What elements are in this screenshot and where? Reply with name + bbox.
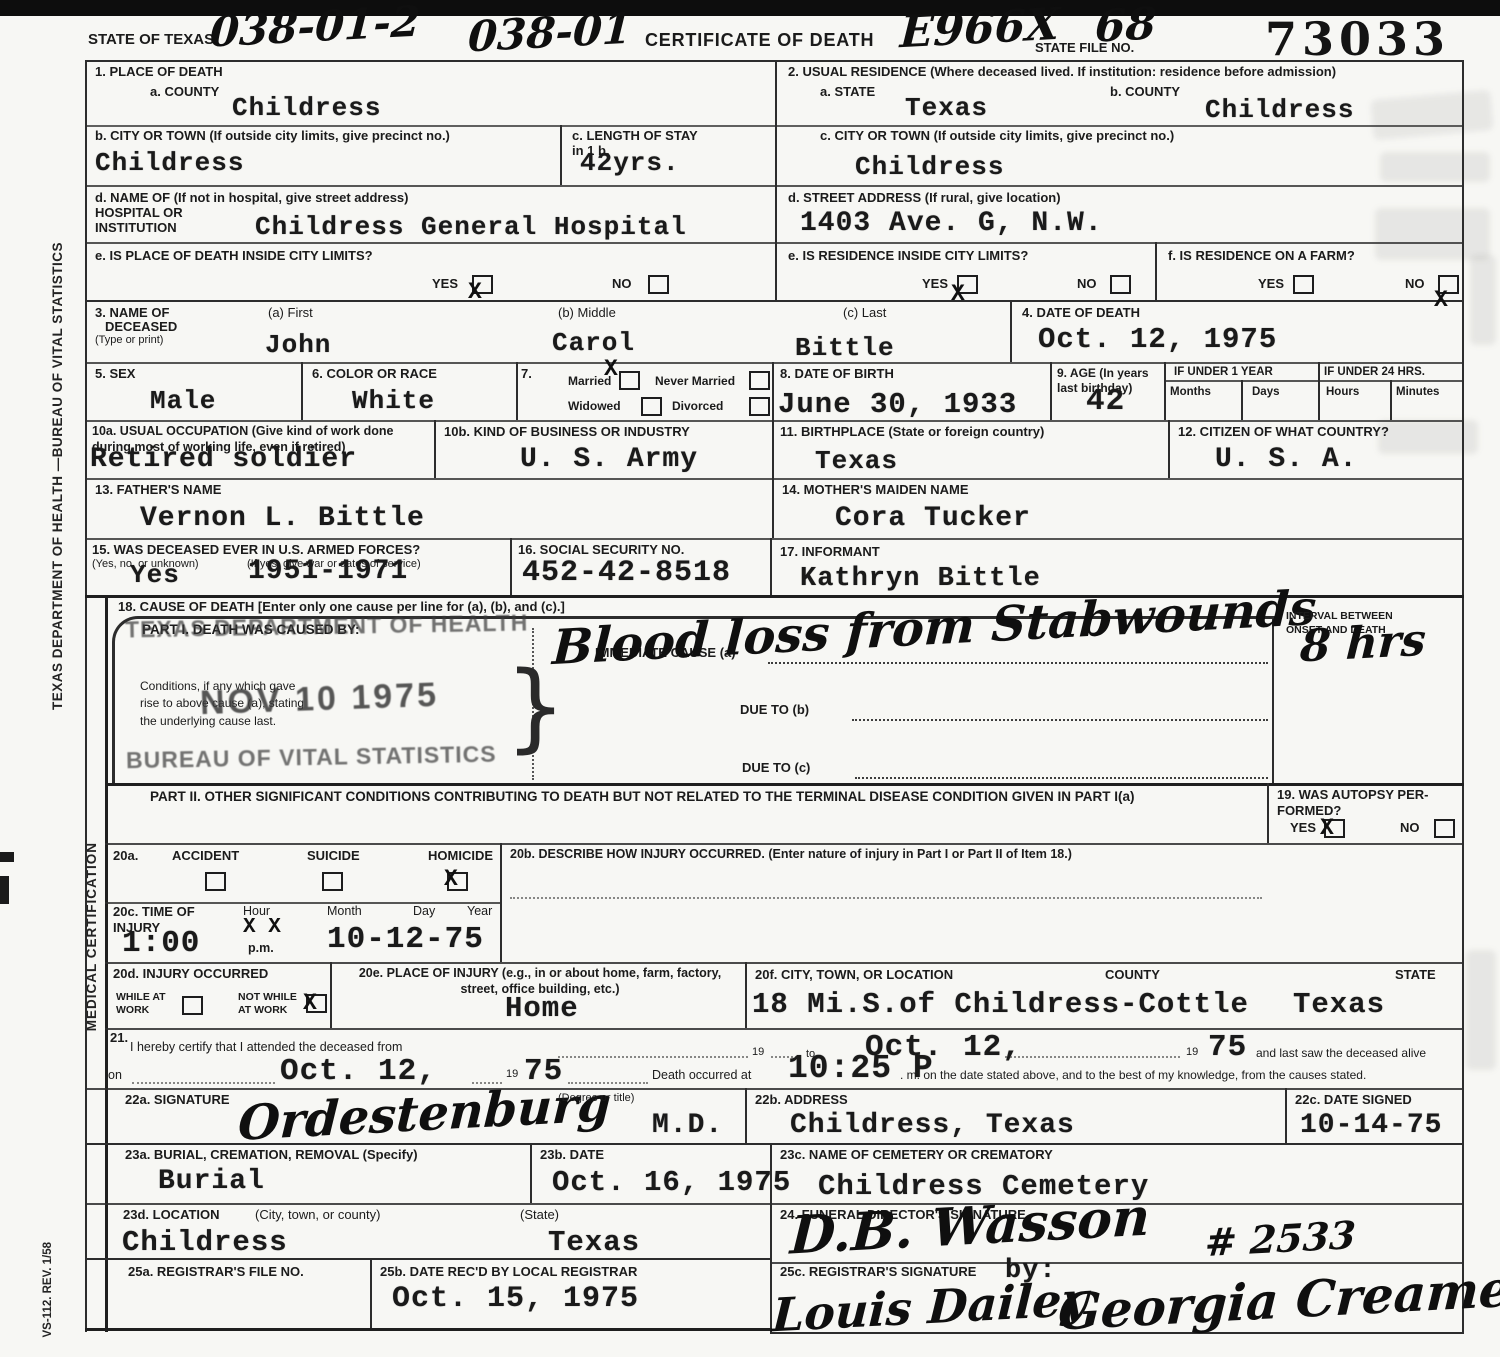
homicide-x-mark: X — [444, 866, 458, 892]
field-22b-label: 22b. ADDRESS — [755, 1092, 848, 1108]
grid-line — [1272, 616, 1274, 783]
hours-label: Hours — [1326, 385, 1359, 399]
bleed-through-artifact — [1370, 90, 1493, 140]
certificate-number-stamp: 73033 — [1265, 12, 1450, 66]
grid-line — [772, 420, 774, 478]
field-1c-label: c. LENGTH OF STAY — [572, 128, 698, 144]
field-8-label: 8. DATE OF BIRTH — [780, 366, 894, 382]
field-2f-no-x-mark: X — [1434, 287, 1448, 313]
field-3-label-3: (Type or print) — [95, 334, 163, 348]
grid-line — [1318, 362, 1320, 420]
burial-date-value: Oct. 16, 1975 — [552, 1166, 791, 1199]
grid-line — [85, 300, 1462, 302]
field-3b-value: Carol — [552, 328, 635, 358]
state-of-texas-label: STATE OF TEXAS — [88, 31, 214, 50]
injury-state-value: Texas — [1293, 988, 1385, 1021]
field-3a-label: (a) First — [268, 305, 313, 321]
field-14-value: Cora Tucker — [835, 503, 1031, 534]
field-23c-label: 23c. NAME OF CEMETERY OR CREMATORY — [780, 1147, 1053, 1163]
grid-line — [1164, 380, 1462, 382]
grid-line — [85, 1203, 1462, 1205]
grid-line — [530, 1143, 532, 1203]
field-25a-label: 25a. REGISTRAR'S FILE NO. — [128, 1264, 304, 1280]
grid-line — [500, 843, 502, 962]
field-2-label: 2. USUAL RESIDENCE (Where deceased lived… — [788, 64, 1336, 80]
field-2e-yes-label: YES — [922, 276, 948, 292]
grid-line — [301, 362, 303, 420]
grid-line — [85, 1258, 772, 1260]
grid-line — [85, 185, 1462, 187]
grid-line — [105, 843, 1464, 845]
field-5-value: Male — [150, 386, 216, 416]
field-20d-label: 20d. INJURY OCCURRED — [113, 966, 268, 982]
grid-line — [1168, 420, 1170, 478]
grid-line — [560, 125, 562, 185]
day-label: Day — [413, 904, 435, 920]
burial-state-value: Texas — [548, 1226, 640, 1259]
brace-glyph: } — [505, 664, 566, 750]
grid-line — [105, 1028, 1464, 1030]
field-7-divorced-checkbox — [749, 397, 770, 416]
grid-line — [85, 125, 1462, 127]
field-1a-value: Childress — [232, 93, 381, 123]
grid-line — [516, 362, 518, 420]
field-20f-label: 20f. CITY, TOWN, OR LOCATION — [755, 967, 953, 983]
scan-artifact — [0, 852, 14, 862]
field-10a-value: Retired soldier — [90, 444, 357, 475]
grid-line — [85, 60, 87, 1332]
degree-value: M.D. — [652, 1110, 723, 1141]
field-8-value: June 30, 1933 — [778, 388, 1017, 421]
field-22c-label: 22c. DATE SIGNED — [1295, 1092, 1412, 1108]
field-12-value: U. S. A. — [1215, 444, 1357, 475]
field-23b-label: 23b. DATE — [540, 1147, 604, 1163]
field-7-widowed-label: Widowed — [568, 399, 621, 414]
due-to-b-label: DUE TO (b) — [740, 702, 809, 718]
funeral-director-number-handwriting: # 2533 — [1204, 1212, 1357, 1265]
date-signed-value: 10-14-75 — [1300, 1110, 1442, 1141]
days-label: Days — [1252, 385, 1280, 399]
grid-line — [1010, 300, 1012, 362]
field-1d-label-2: HOSPITAL OR — [95, 205, 183, 221]
county-label: COUNTY — [1105, 967, 1160, 983]
fill-line — [1005, 1056, 1180, 1058]
grid-line — [1285, 1088, 1287, 1143]
date-received-value: Oct. 15, 1975 — [392, 1282, 639, 1316]
grid-line — [770, 1203, 772, 1265]
field-13-label: 13. FATHER'S NAME — [95, 482, 221, 498]
field-6-value: White — [352, 386, 435, 416]
field-20a-label: 20a. — [113, 848, 138, 864]
field-19-label: 19. WAS AUTOPSY PER- FORMED? — [1277, 787, 1442, 820]
field-2f-no-label: NO — [1405, 276, 1425, 292]
scan-artifact — [0, 876, 9, 904]
year-prefix-3: 19 — [506, 1068, 518, 1082]
certify-text-3: . m. on the date stated above, and to th… — [900, 1068, 1366, 1083]
certify-text-2: and last saw the deceased alive — [1256, 1046, 1426, 1061]
field-10b-label: 10b. KIND OF BUSINESS OR INDUSTRY — [444, 424, 690, 440]
field-2f-label: f. IS RESIDENCE ON A FARM? — [1168, 248, 1355, 264]
suicide-checkbox — [322, 872, 343, 891]
part2-label: PART II. OTHER SIGNIFICANT CONDITIONS CO… — [150, 789, 1135, 806]
handwritten-district-number-2: 038-01 — [467, 4, 633, 62]
field-1b-label: b. CITY OR TOWN (If outside city limits,… — [95, 128, 450, 144]
not-while-at-work-x-mark: X — [303, 990, 317, 1016]
field-9-value: 42 — [1086, 384, 1125, 419]
grid-line — [775, 60, 777, 300]
field-3a-value: John — [265, 330, 331, 360]
interval-value-handwriting: 8 hrs — [1299, 615, 1427, 673]
grid-line — [1164, 362, 1166, 420]
grid-line — [745, 962, 747, 1028]
burial-location-value: Childress — [122, 1226, 288, 1259]
grid-line — [1155, 242, 1157, 300]
field-2e-no-checkbox — [1110, 275, 1131, 294]
field-15-value1: Yes — [130, 560, 180, 590]
field-2c-value: Childress — [855, 152, 1004, 182]
field-19-yes-label: YES — [1290, 820, 1316, 836]
field-2d-label: d. STREET ADDRESS (If rural, give locati… — [788, 190, 1061, 206]
grid-line — [1267, 783, 1269, 843]
grid-line — [85, 1143, 1462, 1145]
grid-line — [772, 362, 774, 420]
grid-line — [85, 242, 1462, 244]
field-7-widowed-checkbox — [641, 397, 662, 416]
accident-checkbox — [205, 872, 226, 891]
suicide-label: SUICIDE — [307, 848, 360, 864]
field-3c-label: (c) Last — [843, 305, 886, 321]
pm-label: p.m. — [248, 941, 274, 957]
field-1c-value: 42yrs. — [580, 148, 680, 178]
field-2e-label: e. IS RESIDENCE INSIDE CITY LIMITS? — [788, 248, 1028, 264]
field-1e-yes-x-mark: X — [468, 279, 482, 305]
field-1e-label: e. IS PLACE OF DEATH INSIDE CITY LIMITS? — [95, 248, 373, 264]
due-to-c-label: DUE TO (c) — [742, 760, 810, 776]
field-11-label: 11. BIRTHPLACE (State or foreign country… — [780, 424, 1044, 440]
place-of-injury-value: Home — [505, 992, 579, 1025]
death-certificate-scan: TEXAS DEPARTMENT OF HEALTH —BUREAU OF VI… — [0, 0, 1500, 1357]
field-6-label: 6. COLOR OR RACE — [312, 366, 437, 382]
time-of-injury-value: 1:00 — [122, 926, 200, 961]
margin-department-label: TEXAS DEPARTMENT OF HEALTH —BUREAU OF VI… — [50, 242, 65, 710]
grid-line — [370, 1258, 372, 1330]
if-under-24-hrs-label: IF UNDER 24 HRS. — [1324, 365, 1425, 379]
field-2b-value: Childress — [1205, 95, 1354, 125]
field-7-never-married-label: Never Married — [655, 374, 735, 389]
fill-line — [852, 719, 1268, 721]
months-label: Months — [1170, 385, 1211, 399]
field-15-value2: 1951-1971 — [248, 556, 408, 587]
homicide-label: HOMICIDE — [428, 848, 493, 864]
date-of-injury-value: 10-12-75 — [327, 922, 484, 957]
grid-line — [105, 783, 1464, 786]
field-23d-label: 23d. LOCATION — [123, 1207, 220, 1223]
field-16-value: 452-42-8518 — [522, 556, 731, 590]
handwritten-file-number: 68 — [1094, 0, 1158, 53]
on-label: on — [108, 1068, 122, 1084]
bleed-through-artifact — [1375, 208, 1490, 260]
field-22a-label: 22a. SIGNATURE — [125, 1092, 230, 1108]
field-14-label: 14. MOTHER'S MAIDEN NAME — [782, 482, 969, 498]
field-1d-label: d. NAME OF (If not in hospital, give str… — [95, 190, 408, 206]
grid-line — [85, 1328, 772, 1331]
field-7-married-checkbox — [619, 371, 640, 390]
injury-location-value: 18 Mi.S.of Childress-Cottle — [752, 988, 1249, 1021]
margin-form-revision-label: VS-112. REV. 1/58 — [42, 1242, 54, 1337]
grid-line — [1390, 380, 1392, 420]
field-7-never-married-checkbox — [749, 371, 770, 390]
fill-line — [510, 897, 1262, 899]
grid-line — [1050, 362, 1052, 420]
field-25b-label: 25b. DATE REC'D BY LOCAL REGISTRAR — [380, 1264, 637, 1280]
accident-label: ACCIDENT — [172, 848, 239, 864]
field-2e-yes-x-mark: X — [951, 281, 965, 307]
bleed-through-artifact — [1380, 152, 1490, 182]
year-prefix-1: 19 — [752, 1046, 764, 1060]
field-20b-label: 20b. DESCRIBE HOW INJURY OCCURRED. (Ente… — [510, 847, 1072, 863]
grid-line — [770, 538, 772, 595]
fill-line — [558, 1056, 748, 1058]
field-7-divorced-label: Divorced — [672, 399, 723, 414]
field-1-label: 1. PLACE OF DEATH — [95, 64, 223, 80]
field-5-label: 5. SEX — [95, 366, 135, 382]
field-19-no-checkbox — [1434, 819, 1455, 838]
state-sublabel: (State) — [520, 1207, 559, 1223]
field-1e-no-label: NO — [612, 276, 632, 292]
year-label: Year — [467, 904, 492, 920]
field-10b-value: U. S. Army — [520, 444, 698, 475]
year-prefix-2: 19 — [1186, 1046, 1198, 1060]
field-4-label: 4. DATE OF DEATH — [1022, 305, 1140, 321]
fill-line — [768, 662, 1268, 664]
certificate-title: CERTIFICATE OF DEATH — [645, 29, 874, 52]
field-2e-no-label: NO — [1077, 276, 1097, 292]
field-1e-no-checkbox — [648, 275, 669, 294]
field-2c-label: c. CITY OR TOWN (If outside city limits,… — [820, 128, 1174, 144]
field-21-label: 21. — [110, 1030, 128, 1046]
field-12-label: 12. CITIZEN OF WHAT COUNTRY? — [1178, 424, 1389, 440]
fill-line — [855, 777, 1268, 779]
bleed-through-artifact — [1470, 255, 1496, 345]
grid-line — [330, 962, 332, 1028]
state-label: STATE — [1395, 967, 1436, 983]
grid-line — [772, 478, 774, 538]
month-label: Month — [327, 904, 362, 920]
field-23a-label: 23a. BURIAL, CREMATION, REMOVAL (Specify… — [125, 1147, 418, 1163]
pm-x-mark: X X — [243, 916, 281, 939]
handwritten-district-number-1: 038-01-2 — [209, 0, 422, 57]
field-4-value: Oct. 12, 1975 — [1038, 323, 1277, 356]
grid-line — [85, 1088, 1462, 1090]
attended-to-year: 75 — [1208, 1030, 1247, 1065]
field-25c-label: 25c. REGISTRAR'S SIGNATURE — [780, 1264, 976, 1280]
last-seen-date: Oct. 12, — [280, 1054, 437, 1089]
grid-line — [510, 538, 512, 595]
field-19-no-label: NO — [1400, 820, 1420, 836]
field-2f-yes-checkbox — [1293, 275, 1314, 294]
field-2f-yes-label: YES — [1258, 276, 1284, 292]
minutes-label: Minutes — [1396, 385, 1439, 399]
field-17-value: Kathryn Bittle — [800, 564, 1041, 594]
fill-line — [132, 1082, 275, 1084]
bleed-through-artifact — [1466, 950, 1496, 1070]
field-7-label: 7. — [521, 366, 532, 382]
burial-value: Burial — [158, 1166, 265, 1197]
grid-line — [105, 962, 1464, 964]
while-at-work-checkbox — [182, 996, 203, 1015]
physician-address-value: Childress, Texas — [790, 1110, 1075, 1141]
not-while-at-work-label: NOT WHILE AT WORK — [238, 991, 306, 1017]
if-under-1-year-label: IF UNDER 1 YEAR — [1174, 365, 1273, 379]
field-3-label-2: DECEASED — [105, 319, 177, 335]
field-11-value: Texas — [815, 446, 898, 476]
degree-or-title-label: (Degree or title) — [558, 1092, 634, 1106]
city-town-county-sublabel: (City, town, or county) — [255, 1207, 380, 1223]
field-2a-value: Texas — [905, 93, 988, 123]
field-2b-label: b. COUNTY — [1110, 84, 1180, 100]
field-1a-label: a. COUNTY — [150, 84, 219, 100]
field-1d-label-3: INSTITUTION — [95, 220, 177, 236]
registrar-signature-2-handwriting: Georgia Creamer — [1057, 1257, 1500, 1341]
grid-line — [434, 420, 436, 478]
field-3b-label: (b) Middle — [558, 305, 616, 321]
grid-line — [85, 538, 1462, 540]
death-occurred-at-label: Death occurred at — [652, 1068, 751, 1084]
grid-line — [1241, 380, 1243, 420]
while-at-work-label: WHILE AT WORK — [116, 991, 178, 1017]
field-17-label: 17. INFORMANT — [780, 544, 880, 560]
field-19-yes-x-mark: X — [1320, 815, 1334, 841]
grid-line — [745, 1088, 747, 1143]
field-13-value: Vernon L. Bittle — [140, 503, 425, 534]
grid-line — [1462, 60, 1464, 1334]
field-2a-label: a. STATE — [820, 84, 875, 100]
field-3c-value: Bittle — [795, 333, 895, 363]
field-7-married-x-mark: X — [604, 356, 618, 382]
field-1b-value: Childress — [95, 148, 244, 178]
field-1e-yes-label: YES — [432, 276, 458, 292]
field-2d-value: 1403 Ave. G, N.W. — [800, 208, 1103, 239]
received-date-stamp: NOV 10 1975 — [199, 676, 439, 723]
field-1d-value: Childress General Hospital — [255, 212, 687, 242]
